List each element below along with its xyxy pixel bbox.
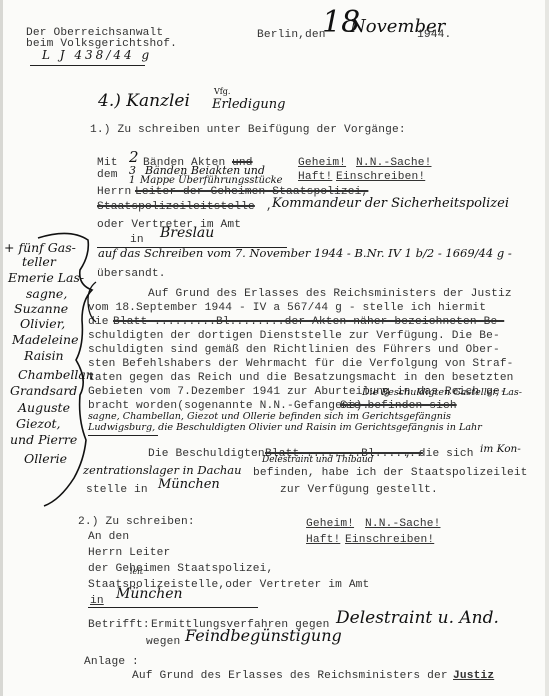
hw-mappe: Mappe Überführungsstücke [140,176,283,186]
section1-heading: 1.) Zu schreiben unter Beifügung der Vor… [90,124,406,137]
hw-im-kon: im Kon- [480,444,521,455]
body-line-3-struck: Blatt .........Bl........der Akten näher… [113,316,504,329]
anlage-label: Anlage : [84,656,139,669]
betrifft-label: Betrifft: [88,619,150,632]
hw-muenchen-1: München [158,478,220,491]
last-line-justiz: Justiz [453,670,494,683]
document-page: Der Oberreichsanwalt beim Volksgerichtsh… [0,0,549,696]
body-line-5: schuldigten sind gemäß den Richtlinien d… [88,344,500,357]
wegen-label: wegen [146,636,180,649]
stamp2-haft: Haft! [306,534,340,547]
kanzlei-note-2: Erledigung [212,98,285,111]
hw-insert-above: Die Beschuldigten Gasteller, Las- [362,388,522,398]
last-line: Auf Grund des Erlasses des Reichsministe… [132,670,448,683]
kanzlei-superscript: Vfg. [214,88,230,96]
body-line-2: vom 18.September 1944 - IV a 567/44 g - … [88,302,486,315]
uebersandt: übersandt. [97,268,166,281]
hw-delestraint: Delestraint u. And. [336,610,499,627]
body-line-4: schuldigten der dortigen Dienststelle zu… [88,330,500,343]
year: 1944. [417,29,451,42]
hw-feindbeguenstigung: Feindbegünstigung [185,628,342,644]
hw-delestraint-thibaud: Delestraint und Thibaud [262,456,373,465]
stamp-nn-sache: N.N.-Sache! [356,157,432,170]
gestapo: der Geheimen Staatspolizei, [88,563,273,576]
in-underline-2 [88,607,258,608]
body-line-1: Auf Grund des Erlasses des Reichsministe… [148,288,512,301]
stamp-einschreiben: Einschreiben! [336,171,425,184]
dem-label: dem [97,169,118,182]
hw-count-3: 1 [129,176,135,186]
an-den: An den [88,531,129,544]
struck-staatspolizeistelle: Staatspolizeileitstelle [97,201,255,214]
hw-insert-line-1: sagne, Chambellan, Giezot und Ollerie be… [88,412,451,422]
body-p2-line-2: befinden, habe ich der Staatspolizeileit [253,467,528,480]
hw-leit-insert: leit [130,568,143,576]
margin-brace [0,0,100,520]
kanzlei-note: 4.) Kanzlei [98,93,190,110]
stamp-haft: Haft! [298,171,332,184]
place: Berlin,den [257,29,326,42]
body-p2-line-3b: zur Verfügung gestellt. [280,484,438,497]
hw-dachau: zentrationslager in Dachau [83,465,242,477]
stamp2-einschreiben: Einschreiben! [345,534,434,547]
hw-reference: auf das Schreiben vom 7. November 1944 -… [98,248,512,260]
hw-city-breslau: Breslau [160,226,214,240]
section2-heading: 2.) Zu schreiben: [78,516,195,529]
herrn-leiter: Herrn Leiter [88,547,170,560]
herrn-label: Herrn [97,186,131,199]
stamp2-geheim: Geheim! [306,518,354,531]
hw-insert-line-2: Ludwigsburg, die Beschuldigten Olivier u… [88,423,482,433]
body-p2-line-1b: , die sich [405,448,474,461]
body-p2-line-1a: Die Beschuldigten [148,448,265,461]
hw-kommandeur: Kommandeur der Sicherheitspolizei [272,197,509,210]
body-line-6: sten Befehlshabers der Wehrmacht für die… [88,358,514,371]
scan-edge [545,0,549,696]
hw-muenchen-2: München [116,587,183,601]
body-line-7: taten gegen das Reich und die Besatzungs… [88,372,514,385]
stamp2-nn-sache: N.N.-Sache! [365,518,441,531]
mit-count: 2 [129,150,139,165]
stamp-geheim: Geheim! [298,157,346,170]
